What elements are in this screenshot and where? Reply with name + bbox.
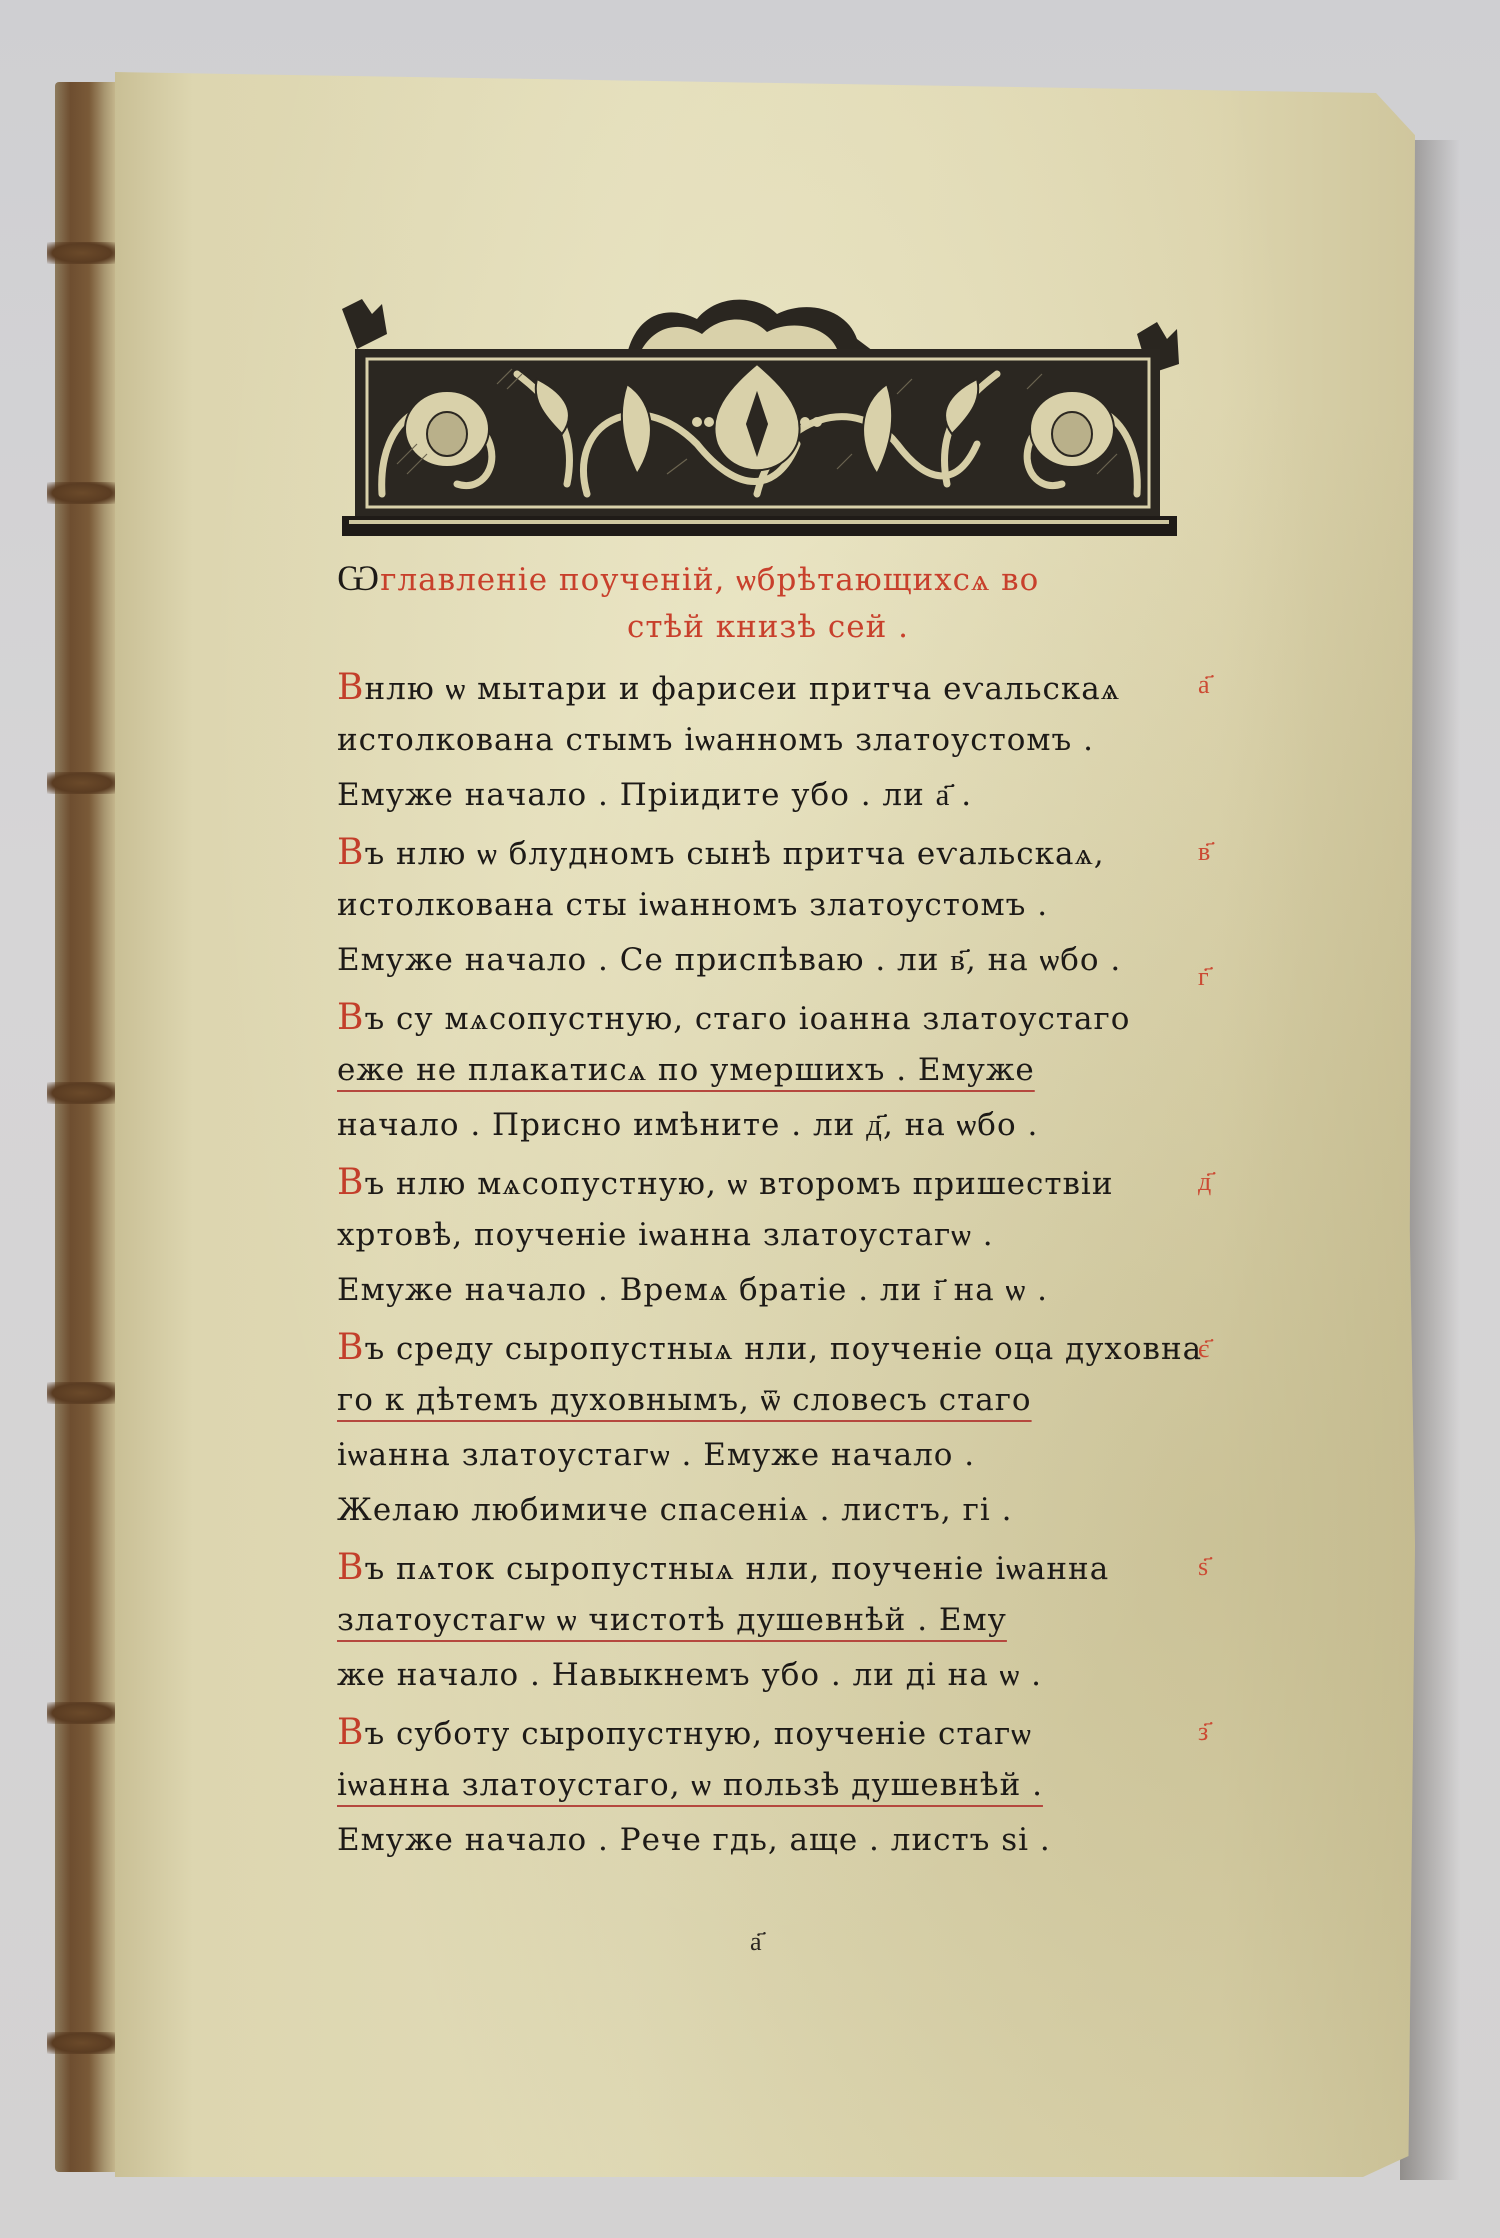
title-line-1: Ѡглавленіе поученій, ѡбрѣтающихсѧ во [337, 557, 1039, 599]
entry-4-line-3: Емуже начало . Времѧ братіе . ли і҃ на ѡ… [337, 1272, 1048, 1308]
entry-6-line-1: Въ пѧток сыропустныѧ нли, поученіе іѡанн… [337, 1547, 1109, 1588]
spine-band [47, 1702, 117, 1724]
line-text: ъ нлю мѧсопустную, ѡ второмъ пришествіи [364, 1166, 1113, 1202]
red-initial: В [337, 1327, 364, 1368]
red-initial: В [337, 997, 364, 1038]
underlined-text: еже не плакатисѧ по умершихъ . Емуже [337, 1052, 1035, 1088]
entry-5-line-3: іѡанна златоустагѡ . Емуже начало . [337, 1437, 975, 1473]
margin-number: г҃ [1198, 962, 1209, 992]
red-initial: В [337, 1547, 364, 1588]
entry-1-line-1: Внлю ѡ мытари и фарисеи притча еѵальскаѧ [337, 667, 1120, 708]
entry-5-line-1: Въ среду сыропустныѧ нли, поученіе оца д… [337, 1327, 1202, 1368]
entry-3-line-3: начало . Присно имѣните . ли д҃, на ѡбо … [337, 1107, 1038, 1143]
line-text: ъ су мѧсопустную, стаго іоанна златоуста… [364, 1001, 1130, 1037]
entry-5-line-4: Желаю любимиче спасеніѧ . листъ, гі . [337, 1492, 1012, 1528]
spine-band [47, 772, 117, 794]
red-initial: В [337, 832, 364, 873]
line-text: ъ среду сыропустныѧ нли, поученіе оца ду… [364, 1331, 1202, 1367]
margin-number: з҃ [1198, 1717, 1208, 1747]
entry-2-line-1: Въ нлю ѡ блудномъ сынѣ притча еѵальскаѧ, [337, 832, 1105, 873]
entry-1-line-2: истолкована стымъ іѡанномъ златоустомъ . [337, 722, 1094, 758]
entry-4-line-1: Въ нлю мѧсопустную, ѡ второмъ пришествіи [337, 1162, 1114, 1203]
margin-number: д҃ [1198, 1167, 1211, 1197]
red-initial: В [337, 667, 364, 708]
underlined-text: іѡанна златоустаго, ѡ пользѣ душевнѣй . [337, 1767, 1043, 1803]
entry-5-line-2: го к дѣтемъ духовнымъ, ѿ словесъ стаго [337, 1382, 1032, 1418]
entry-7-line-2: іѡанна златоустаго, ѡ пользѣ душевнѣй . [337, 1767, 1043, 1803]
underlined-text: златоустагѡ ѡ чистотѣ душевнѣй . Ему [337, 1602, 1007, 1638]
spine-band [47, 482, 117, 504]
spine-band [47, 2032, 117, 2054]
line-text: нлю ѡ мытари и фарисеи притча еѵальскаѧ [364, 671, 1120, 707]
ornamental-headpiece-icon [337, 294, 1182, 540]
spine-band [47, 1082, 117, 1104]
entry-4-line-2: хртовѣ, поученіе іѡанна златоустагѡ . [337, 1217, 994, 1253]
entry-3-line-2: еже не плакатисѧ по умершихъ . Емуже [337, 1052, 1035, 1088]
margin-number: ѕ҃ [1198, 1552, 1208, 1582]
entry-3-line-1: Въ су мѧсопустную, стаго іоанна златоуст… [337, 997, 1130, 1038]
line-text: ъ пѧток сыропустныѧ нли, поученіе іѡанна [364, 1551, 1109, 1587]
book: Ѡглавленіе поученій, ѡбрѣтающихсѧ во стѣ… [55, 72, 1417, 2177]
title-line-2: стѣй книзѣ сей . [627, 609, 909, 645]
margin-number: а҃ [1198, 670, 1210, 700]
book-page: Ѡглавленіе поученій, ѡбрѣтающихсѧ во стѣ… [115, 72, 1415, 2177]
title-text: главленіе поученій, ѡбрѣтающихсѧ во [380, 562, 1039, 598]
entry-7-line-3: Емуже начало . Рече гдь, аще . листъ ѕі … [337, 1822, 1051, 1858]
red-initial: В [337, 1162, 364, 1203]
line-text: ъ нлю ѡ блудномъ сынѣ притча еѵальскаѧ, [364, 836, 1104, 872]
folio-number: а҃ [750, 1927, 762, 1957]
entry-2-line-2: истолкована сты іѡанномъ златоустомъ . [337, 887, 1048, 923]
entry-7-line-1: Въ суботу сыропустную, поученіе стагѡ [337, 1712, 1032, 1753]
entry-1-line-3: Емуже начало . Пріидите убо . ли а҃ . [337, 777, 972, 813]
underlined-text: го к дѣтемъ духовнымъ, ѿ словесъ стаго [337, 1382, 1032, 1418]
entry-2-line-3: Емуже начало . Се приспѣваю . ли в҃, на … [337, 942, 1121, 978]
book-spine [55, 82, 117, 2172]
margin-number: в҃ [1198, 837, 1210, 867]
red-initial: В [337, 1712, 364, 1753]
spine-band [47, 1382, 117, 1404]
line-text: ъ суботу сыропустную, поученіе стагѡ [364, 1716, 1031, 1752]
margin-number: є҃ [1198, 1334, 1209, 1364]
entry-6-line-3: же начало . Навыкнемъ убо . ли ді на ѡ . [337, 1657, 1042, 1693]
entry-6-line-2: златоустагѡ ѡ чистотѣ душевнѣй . Ему [337, 1602, 1007, 1638]
title-initial: Ѡ [337, 558, 380, 599]
spine-band [47, 242, 117, 264]
